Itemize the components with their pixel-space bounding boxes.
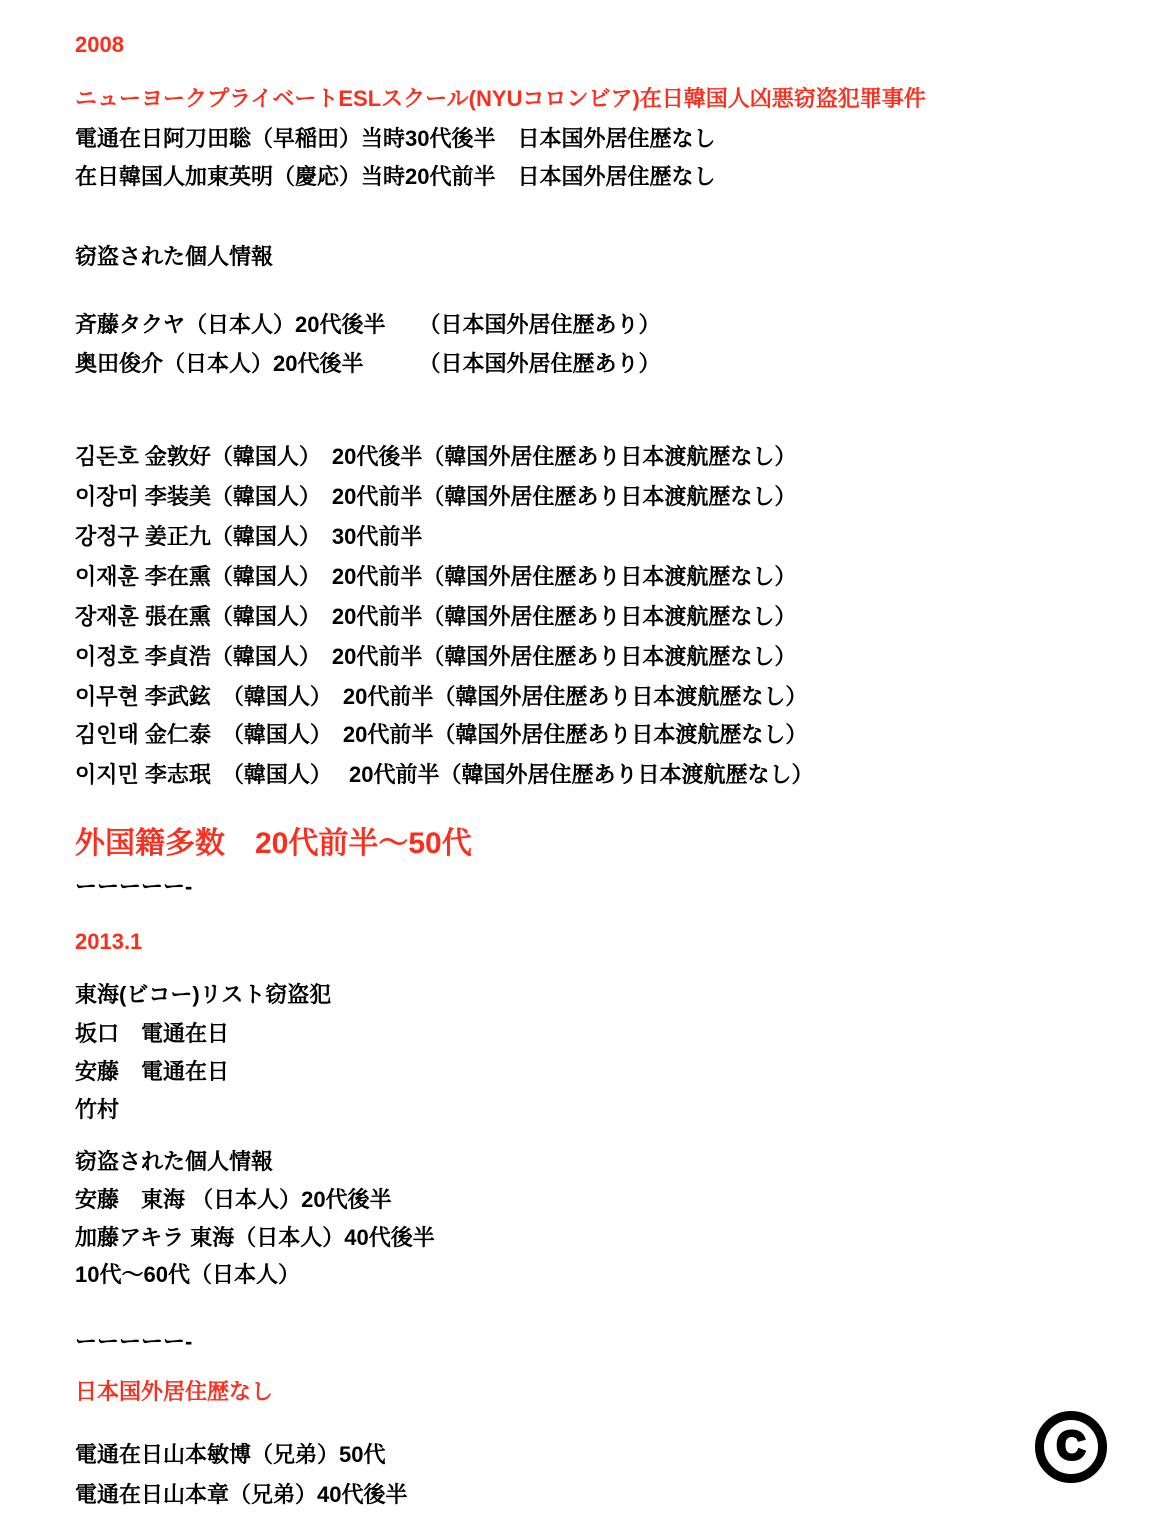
- stolen-info-header: 窃盗された個人情報: [0, 1150, 1156, 1174]
- no-overseas-heading: 日本国外居住歴なし: [0, 1380, 1156, 1404]
- korean-victim-line: 이지민 李志珉 （韓国人） 20代前半（韓国外居住歴あり日本渡航歴なし）: [0, 763, 1156, 787]
- entry-line: 電通在日山本敏博（兄弟）50代: [0, 1443, 1156, 1467]
- korean-victim-line: 강정구 姜正九（韓国人） 30代前半: [0, 525, 1156, 549]
- korean-victim-line: 이정호 李貞浩（韓国人） 20代前半（韓国外居住歴あり日本渡航歴なし）: [0, 645, 1156, 669]
- korean-victim-line: 김돈호 金敦好（韓国人） 20代後半（韓国外居住歴あり日本渡航歴なし）: [0, 445, 1156, 469]
- suspect-line: 坂口 電通在日: [0, 1022, 1156, 1046]
- victim-line: 10代～60代（日本人）: [0, 1263, 1156, 1287]
- section-divider: ーーーーー-: [0, 875, 1156, 899]
- incident-2008-title: ニューヨークプライベートESLスクール(NYUコロンビア)在日韓国人凶悪窃盗犯罪…: [0, 87, 1156, 111]
- summary-heading: 外国籍多数 20代前半～50代: [0, 828, 1156, 860]
- victim-line: 加藤アキラ 東海（日本人）40代後半: [0, 1226, 1156, 1250]
- korean-victim-line: 이무현 李武鉉 （韓国人） 20代前半（韓国外居住歴あり日本渡航歴なし）: [0, 685, 1156, 709]
- suspect-line: 安藤 電通在日: [0, 1060, 1156, 1084]
- entry-line: 電通在日山本章（兄弟）40代後半: [0, 1483, 1156, 1507]
- suspect-line: 在日韓国人加東英明（慶応）当時20代前半 日本国外居住歴なし: [0, 165, 1156, 189]
- date-2013-label: 2013.1: [0, 930, 1156, 954]
- korean-victim-line: 이장미 李装美（韓国人） 20代前半（韓国外居住歴あり日本渡航歴なし）: [0, 485, 1156, 509]
- suspect-line: 電通在日阿刀田聡（早稲田）当時30代後半 日本国外居住歴なし: [0, 127, 1156, 151]
- document-page: 2008 ニューヨークプライベートESLスクール(NYUコロンビア)在日韓国人凶…: [0, 0, 1156, 1534]
- japanese-victim-line: 斉藤タクヤ（日本人）20代後半 （日本国外居住歴あり）: [0, 313, 1156, 337]
- case-title-2013: 東海(ビコー)リスト窃盗犯: [0, 983, 1156, 1007]
- victim-line: 安藤 東海 （日本人）20代後半: [0, 1188, 1156, 1212]
- japanese-victim-line: 奥田俊介（日本人）20代後半 （日本国外居住歴あり）: [0, 352, 1156, 376]
- korean-victim-line: 장재훈 張在熏（韓国人） 20代前半（韓国外居住歴あり日本渡航歴なし）: [0, 605, 1156, 629]
- copyright-icon: C: [1035, 1411, 1107, 1483]
- korean-victim-line: 김인태 金仁泰 （韓国人） 20代前半（韓国外居住歴あり日本渡航歴なし）: [0, 723, 1156, 747]
- stolen-info-header: 窃盗された個人情報: [0, 245, 1156, 269]
- copyright-letter: C: [1057, 1426, 1086, 1466]
- korean-victim-line: 이재훈 李在熏（韓国人） 20代前半（韓国外居住歴あり日本渡航歴なし）: [0, 565, 1156, 589]
- suspect-line: 竹村: [0, 1098, 1156, 1122]
- year-2008-label: 2008: [0, 33, 1156, 57]
- section-divider: ーーーーー-: [0, 1330, 1156, 1354]
